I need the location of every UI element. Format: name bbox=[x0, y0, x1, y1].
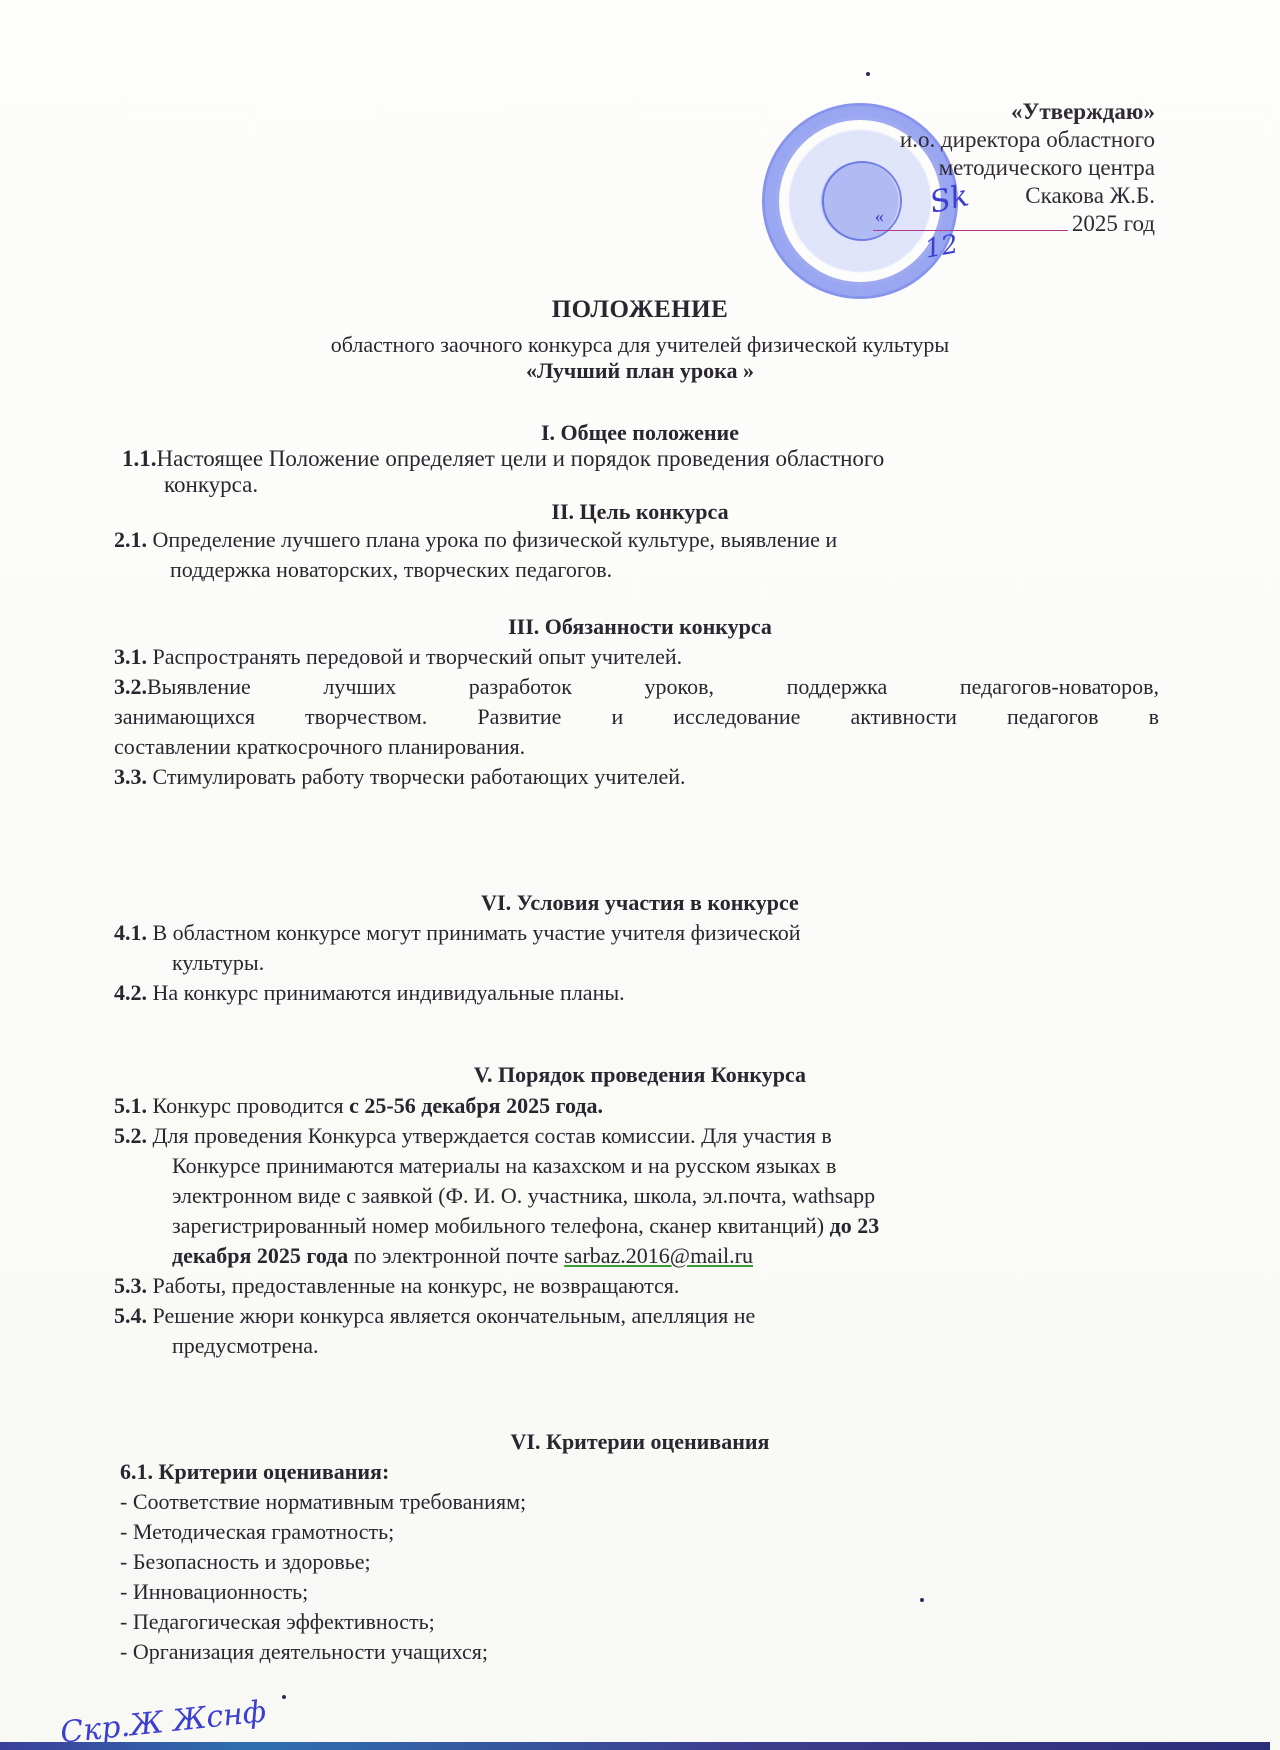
approval-name: Скакова Ж.Б. bbox=[873, 182, 1155, 210]
approval-heading: «Утверждаю» bbox=[873, 98, 1155, 126]
item-3-2-line3: составлении краткосрочного планирования. bbox=[114, 734, 525, 760]
section-heading-1: I. Общее положение bbox=[0, 420, 1280, 446]
item-5-2-line4: зарегистрированный номер мобильного теле… bbox=[172, 1213, 879, 1239]
scan-speck bbox=[282, 1695, 286, 1699]
criteria-item: - Соответствие нормативным требованиям; bbox=[120, 1489, 526, 1515]
criteria-item: - Педагогическая эффективность; bbox=[120, 1609, 435, 1635]
item-2-1-cont: поддержка новаторских, творческих педаго… bbox=[170, 557, 612, 583]
item-5-2-line3: электронном виде с заявкой (Ф. И. О. уча… bbox=[172, 1183, 875, 1209]
item-1-1-cont: конкурса. bbox=[164, 472, 258, 498]
criteria-item: - Методическая грамотность; bbox=[120, 1519, 394, 1545]
item-4-1-cont: культуры. bbox=[172, 950, 264, 976]
contest-name: «Лучший план урока » bbox=[0, 358, 1280, 384]
document-page: «Утверждаю» и.о. директора областного ме… bbox=[0, 0, 1280, 1750]
item-5-1: 5.1. Конкурс проводится с 25-56 декабря … bbox=[114, 1093, 603, 1119]
item-2-1: 2.1. Определение лучшего плана урока по … bbox=[114, 527, 837, 553]
item-5-4-cont: предусмотрена. bbox=[172, 1333, 319, 1359]
document-subtitle: областного заочного конкурса для учителе… bbox=[0, 332, 1280, 358]
item-1-1: 1.1.Настоящее Положение определяет цели … bbox=[122, 446, 884, 472]
approval-position-line1: и.о. директора областного bbox=[873, 126, 1155, 154]
criteria-item: - Инновационность; bbox=[120, 1579, 308, 1605]
item-3-3: 3.3. Стимулировать работу творчески рабо… bbox=[114, 764, 686, 790]
item-3-2-line2: занимающихся творчеством. Развитие и исс… bbox=[114, 704, 1159, 730]
item-5-2-line2: Конкурсе принимаются материалы на казахс… bbox=[172, 1153, 836, 1179]
section-heading-3: III. Обязанности конкурса bbox=[0, 614, 1280, 640]
date-handwritten: 12 bbox=[923, 229, 961, 264]
email-link[interactable]: sarbaz.2016@mail.ru bbox=[564, 1243, 753, 1268]
item-4-1: 4.1. В областном конкурсе могут принимат… bbox=[114, 920, 801, 946]
section-heading-4: VI. Условия участия в конкурсе bbox=[0, 890, 1280, 916]
scan-speck bbox=[866, 72, 870, 76]
section-heading-6: VI. Критерии оценивания bbox=[0, 1429, 1280, 1455]
date-quote: « bbox=[875, 202, 884, 230]
approval-date-line: «2025 год bbox=[873, 210, 1155, 238]
item-3-1: 3.1. Распространять передовой и творческ… bbox=[114, 644, 682, 670]
scan-edge-bar bbox=[0, 1742, 1270, 1750]
approval-block: «Утверждаю» и.о. директора областного ме… bbox=[873, 98, 1155, 238]
document-title: ПОЛОЖЕНИЕ bbox=[0, 296, 1280, 324]
section-heading-5: V. Порядок проведения Конкурса bbox=[0, 1062, 1280, 1088]
item-5-3: 5.3. Работы, предоставленные на конкурс,… bbox=[114, 1273, 679, 1299]
item-5-2-line1: 5.2. Для проведения Конкурса утверждаетс… bbox=[114, 1123, 832, 1149]
approval-position-line2: методического центра bbox=[873, 154, 1155, 182]
scan-speck bbox=[920, 1598, 924, 1602]
date-blank: « bbox=[873, 210, 1068, 231]
item-3-2-line1: 3.2.Выявление лучших разработок уроков, … bbox=[114, 674, 1159, 700]
item-5-4: 5.4. Решение жюри конкурса является окон… bbox=[114, 1303, 755, 1329]
section-heading-2: II. Цель конкурса bbox=[0, 499, 1280, 525]
item-6-1: 6.1. Критерии оценивания: bbox=[120, 1459, 389, 1485]
criteria-item: - Безопасность и здоровье; bbox=[120, 1549, 371, 1575]
criteria-item: - Организация деятельности учащихся; bbox=[120, 1639, 488, 1665]
item-4-2: 4.2. На конкурс принимаются индивидуальн… bbox=[114, 980, 625, 1006]
approval-year: 2025 год bbox=[1072, 211, 1155, 236]
item-5-2-line5: декабря 2025 года по электронной почте s… bbox=[172, 1243, 753, 1269]
